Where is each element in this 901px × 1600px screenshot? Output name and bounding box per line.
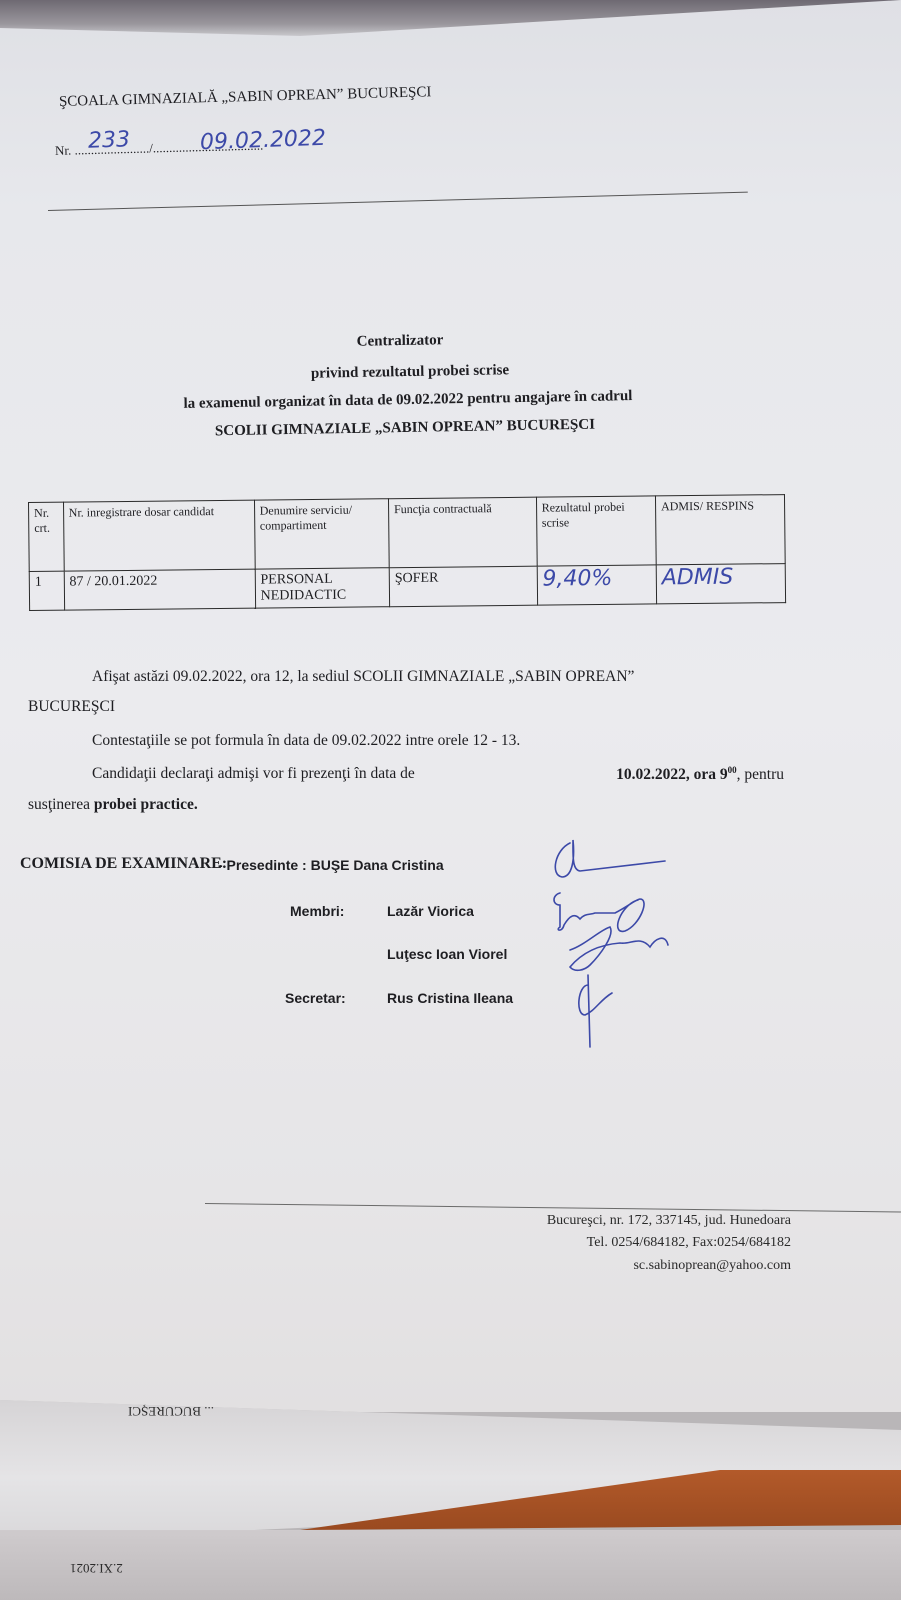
president-line: - Presedinte : BUŞE Dana Cristina <box>218 857 444 873</box>
header-nr-dosar: Nr. inregistrare dosar candidat <box>63 500 255 571</box>
cell-nr: 1 <box>29 571 64 610</box>
cell-serviciu: PERSONAL NEDIDACTIC <box>255 568 390 608</box>
commission-title: COMISIA DE EXAMINARE: <box>20 855 227 873</box>
mirrored-date: 2.XI.2021 <box>70 1560 123 1576</box>
cell-status: ADMIS <box>656 564 785 604</box>
title-school-line: SCOLII GIMNAZIALE „SABIN OPREAN” BUCUREŞ… <box>160 416 650 442</box>
posting-notice-line1: Afişat astăzi 09.02.2022, ora 12, la sed… <box>92 668 634 686</box>
cell-dosar: 87 / 20.01.2022 <box>64 569 255 610</box>
header-serviciu: Denumire serviciu/ compartiment <box>254 499 389 569</box>
practical-text-c: susţinerea <box>28 796 90 813</box>
footer-email: sc.sabinoprean@yahoo.com <box>633 1258 791 1274</box>
cell-functia: ŞOFER <box>389 566 537 607</box>
title-exam-line: la examenul organizat în data de 09.02.2… <box>118 387 698 414</box>
practical-date-value: 10.02.2022, ora 9 <box>616 766 728 783</box>
cell-rezultat: 9,40% <box>537 565 657 605</box>
handwritten-registration-date: 09.02.2022 <box>200 126 327 155</box>
posting-notice-line2: BUCUREŞCI <box>28 698 115 716</box>
results-table: Nr. crt. Nr. inregistrare dosar candidat… <box>28 494 786 611</box>
contestation-notice: Contestaţiile se pot formula în data de … <box>92 732 520 750</box>
title-centralizator: Centralizator <box>330 332 470 351</box>
school-header: ŞCOALA GIMNAZIALĂ „SABIN OPREAN” BUCUREŞ… <box>59 84 432 111</box>
member-1-name: Lazăr Viorica <box>387 903 474 919</box>
signatures-icon <box>540 835 680 1050</box>
practical-date: 10.02.2022, ora 900, pentru <box>616 765 784 784</box>
footer-divider <box>205 1203 901 1213</box>
practical-text-bold: probei practice. <box>94 796 198 813</box>
footer-address: Bucureşci, nr. 172, 337145, jud. Hunedoa… <box>547 1213 791 1229</box>
footer-phone: Tel. 0254/684182, Fax:0254/684182 <box>587 1235 791 1251</box>
header-nr-crt: Nr. crt. <box>29 502 64 571</box>
header-divider <box>48 192 748 211</box>
practical-text-b: , pentru <box>737 766 784 783</box>
member-2-name: Luţesc Ioan Viorel <box>387 946 507 962</box>
header-status: ADMIS/ RESPINS <box>655 495 785 565</box>
handwritten-registration-number: 233 <box>88 127 131 153</box>
practical-time-sup: 00 <box>728 765 737 775</box>
table-row: 1 87 / 20.01.2022 PERSONAL NEDIDACTIC ŞO… <box>29 564 785 611</box>
practical-text-a: Candidaţii declaraţi admişi vor fi preze… <box>92 765 415 784</box>
president-label: - Presedinte : <box>218 857 307 873</box>
practical-exam-notice-line1: Candidaţii declaraţi admişi vor fi preze… <box>92 765 784 784</box>
members-label: Membri: <box>290 903 344 919</box>
secretary-name: Rus Cristina Ileana <box>387 990 513 1006</box>
practical-exam-notice-line2: susţinerea probei practice. <box>28 796 198 814</box>
nr-label: Nr. <box>55 143 72 158</box>
header-rezultat: Rezultatul probei scrise <box>536 496 656 566</box>
secretary-label: Secretar: <box>285 990 346 1006</box>
title-subtitle: privind rezultatul probei scrise <box>270 362 550 384</box>
bottom-sheet <box>0 1530 901 1600</box>
table-header-row: Nr. crt. Nr. inregistrare dosar candidat… <box>29 495 786 572</box>
president-name: BUŞE Dana Cristina <box>311 857 444 873</box>
document-page: ŞCOALA GIMNAZIALĂ „SABIN OPREAN” BUCUREŞ… <box>0 0 901 1412</box>
header-functia: Funcţia contractuală <box>388 497 536 568</box>
